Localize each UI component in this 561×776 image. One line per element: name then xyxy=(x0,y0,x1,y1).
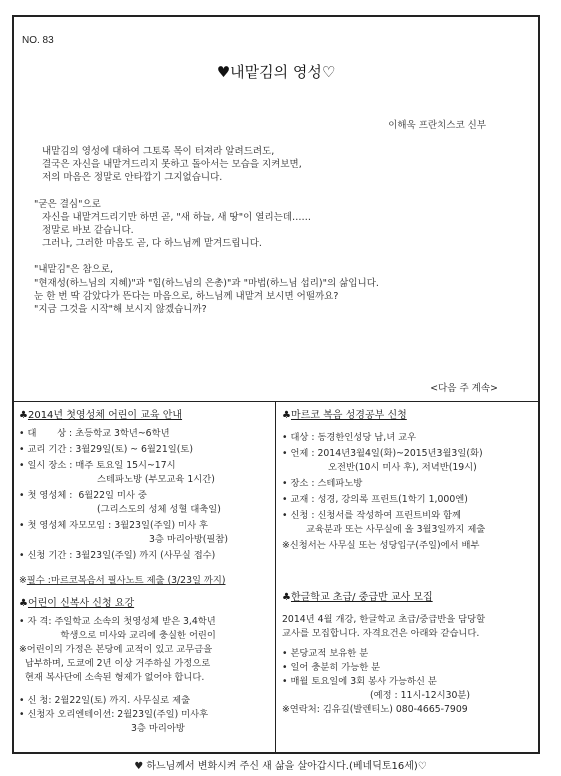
club-icon: ♣ xyxy=(19,598,28,609)
info-item: • 대 상 : 초등학교 3학년~6학년 xyxy=(19,427,275,441)
hangul-school-title: ♣한글학교 초급/ 중급반 교사 모집 xyxy=(282,591,538,605)
info-item: • 신청자 오리엔테이션: 2월23일(주일) 미사후 xyxy=(19,708,275,722)
info-item: • 일시 장소 : 매주 토요일 15시~17시 스테파노방 (부모교육 1시간… xyxy=(19,459,275,487)
essay-paragraph: "굳은 결심"으로 자신을 내맡겨드리기만 하면 곧, "새 하늘, 새 땅"이… xyxy=(34,198,524,251)
altar-server-title: ♣어린이 신복사 신청 요강 xyxy=(19,597,275,611)
club-icon: ♣ xyxy=(282,592,291,603)
requirement-item: • 본당교적 보유한 분 xyxy=(282,647,538,661)
essay-paragraph: "내맡김"은 참으로, "현재성(하느님의 지혜)"과 "힘(하느님의 은총)"… xyxy=(34,263,524,316)
essay-line: 결국은 자신을 내맡겨드리지 못하고 돌아서는 모습을 지켜보면, xyxy=(34,158,524,171)
essay-paragraph: 내맡김의 영성에 대하여 그토록 목이 터져라 알려드려도, 결국은 자신을 내… xyxy=(34,145,524,185)
info-item: • 장소 : 스테파노방 xyxy=(282,477,538,491)
essay-line: 저의 마음은 정말로 안타깝기 그지없습니다. xyxy=(34,171,524,184)
info-line: 현재 복사단에 소속된 형제가 없어야 합니다. xyxy=(19,671,275,685)
info-item: • 교리 기간 : 3월29일(토) ~ 6월21일(토) xyxy=(19,443,275,457)
info-item: • 신청 기간 : 3월23일(주일) 까지 (사무실 접수) xyxy=(19,549,275,563)
essay-line: "지금 그것을 시작"해 보시지 않겠습니까? xyxy=(34,303,524,316)
essay-line: 내맡김의 영성에 대하여 그토록 목이 터져라 알려드려도, xyxy=(34,145,524,158)
essay-body: 내맡김의 영성에 대하여 그토록 목이 터져라 알려드려도, 결국은 자신을 내… xyxy=(34,145,524,329)
info-item: • 신청 : 신청서를 작성하여 프린트비와 함께 교육분과 또는 사무실에 올… xyxy=(282,509,538,537)
essay-line: 그러나, 그러한 마음도 곧, 다 하느님께 맡겨드립니다. xyxy=(34,237,524,250)
left-column: ♣2014년 첫영성체 어린이 교육 안내 • 대 상 : 초등학교 3학년~6… xyxy=(14,402,276,752)
contact-info: ※연락처: 김유길(발렌티노) 080-4665-7909 xyxy=(282,703,538,717)
essay-line: "내맡김"은 참으로, xyxy=(34,263,524,276)
schedule-note: (예정 : 11시-12시30분) xyxy=(282,689,538,703)
author: 이해욱 프란치스코 신부 xyxy=(388,117,486,131)
info-item-cont: 3층 마리아방 xyxy=(19,722,275,736)
page-title: ♥내맡김의 영성♡ xyxy=(14,61,538,82)
requirement-item: • 일어 충분히 가능한 분 xyxy=(282,661,538,675)
right-column: ♣마르코 복음 성경공부 신청 • 대상 : 동경한인성당 남,녀 교우 • 언… xyxy=(276,402,538,752)
continue-note: <다음 주 계속> xyxy=(430,380,498,394)
info-item: • 언제 : 2014년3월4일(화)~2015년3월3일(화) 오전반(10시… xyxy=(282,447,538,475)
info-line: ※어린이의 가정은 본당에 교적이 있고 교무금을 xyxy=(19,643,275,657)
mark-gospel-title: ♣마르코 복음 성경공부 신청 xyxy=(282,409,538,423)
required-notice: ※필수 :마르코복음서 필사노트 제출 (3/23일 까지) xyxy=(19,574,275,588)
footer-quote: ♥ 하느님께서 변화시켜 주신 새 삶을 살아갑시다.(베네딕토16세)♡ xyxy=(0,757,561,772)
essay-line: 눈 한 번 딱 감았다가 뜬다는 마음으로, 하느님께 내맡겨 보시면 어떨까요… xyxy=(34,290,524,303)
info-item: • 첫 영성체 자모모임 : 3월23일(주일) 미사 후 3층 마리아방(필참… xyxy=(19,519,275,547)
info-line: 학생으로 미사와 교리에 충실한 어린이 xyxy=(19,629,275,643)
essay-line: 자신을 내맡겨드리기만 하면 곧, "새 하늘, 새 땅"이 열리는데…… xyxy=(34,211,524,224)
distribution-notice: ※신청서는 사무실 또는 성당입구(주일)에서 배부 xyxy=(282,539,538,553)
essay-line: "현재성(하느님의 지혜)"과 "힘(하느님의 은총)"과 "마법(하느님 섭리… xyxy=(34,277,524,290)
essay-line: 정말로 바보 같습니다. xyxy=(34,224,524,237)
info-item: • 교재 : 성경, 강의록 프린트(1학기 1,000엔) xyxy=(282,493,538,507)
info-line: • 자 격: 주일학교 소속의 첫영성체 받은 3,4학년 xyxy=(19,615,275,629)
intro-line: 2014년 4월 개강, 한글학교 초급/중급반을 담당할 xyxy=(282,613,538,627)
first-communion-title: ♣2014년 첫영성체 어린이 교육 안내 xyxy=(19,409,275,423)
intro-line: 교사를 모집합니다. 자격요건은 아래와 같습니다. xyxy=(282,627,538,641)
bulletin-page: NO. 83 ♥내맡김의 영성♡ 이해욱 프란치스코 신부 내맡김의 영성에 대… xyxy=(12,15,540,754)
essay-section: NO. 83 ♥내맡김의 영성♡ 이해욱 프란치스코 신부 내맡김의 영성에 대… xyxy=(14,17,538,402)
issue-number: NO. 83 xyxy=(22,35,54,46)
club-icon: ♣ xyxy=(282,410,291,421)
info-item: • 대상 : 동경한인성당 남,녀 교우 xyxy=(282,431,538,445)
info-item: • 신 청: 2월22일(토) 까지. 사무실로 제출 xyxy=(19,694,275,708)
info-item: • 첫 영성체 : 6월22일 미사 중 (그리스도의 성체 성혈 대축일) xyxy=(19,489,275,517)
essay-line: "굳은 결심"으로 xyxy=(34,198,524,211)
requirement-item: • 매월 토요일에 3회 봉사 가능하신 분 xyxy=(282,675,538,689)
club-icon: ♣ xyxy=(19,410,28,421)
info-line: 납부하며, 도쿄에 2년 이상 거주하실 가정으로 xyxy=(19,657,275,671)
